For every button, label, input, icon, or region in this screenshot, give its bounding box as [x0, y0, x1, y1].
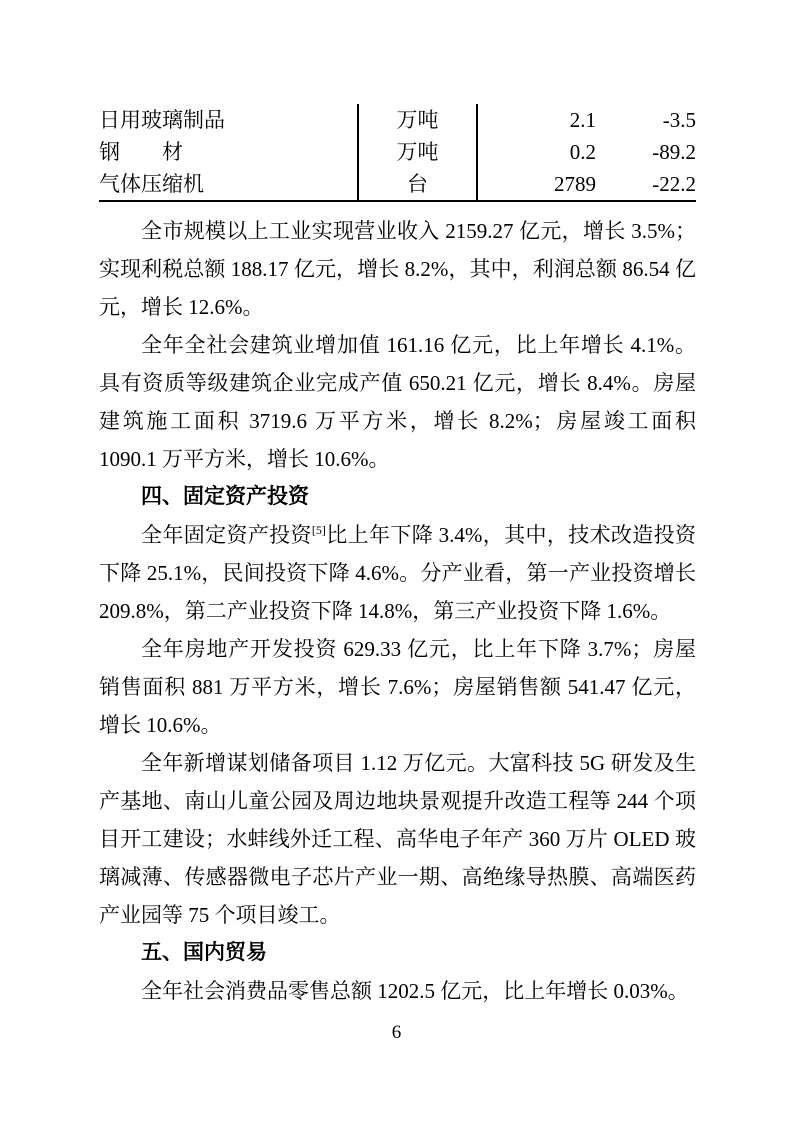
change-cell: -3.5 [596, 104, 696, 136]
value-cell: 2789 [477, 168, 596, 201]
indicator-cell: 气体压缩机 [99, 168, 358, 201]
paragraph-retail-sales: 全年社会消费品零售总额 1202.5 亿元，比上年增长 0.03%。 [99, 972, 696, 1010]
paragraph-construction: 全年全社会建筑业增加值 161.16 亿元，比上年增长 4.1%。具有资质等级建… [99, 326, 696, 478]
value-cell: 0.2 [477, 136, 596, 168]
indicator-cell: 钢 材 [99, 136, 358, 168]
page-number: 6 [0, 1022, 793, 1044]
section-heading-domestic-trade: 五、国内贸易 [99, 934, 696, 972]
paragraph-industry-revenue: 全市规模以上工业实现营业收入 2159.27 亿元，增长 3.5%；实现利税总额… [99, 212, 696, 326]
output-products-table: 日用玻璃制品 万吨 2.1 -3.5 钢 材 万吨 0.2 -89.2 气体压缩… [99, 104, 696, 202]
paragraph-real-estate: 全年房地产开发投资 629.33 亿元，比上年下降 3.7%；房屋销售面积 88… [99, 630, 696, 744]
document-page: 日用玻璃制品 万吨 2.1 -3.5 钢 材 万吨 0.2 -89.2 气体压缩… [0, 0, 793, 1122]
value-cell: 2.1 [477, 104, 596, 136]
unit-cell: 万吨 [358, 104, 477, 136]
unit-cell: 台 [358, 168, 477, 201]
footnote-marker: [5] [312, 523, 326, 537]
section-heading-fixed-investment: 四、固定资产投资 [99, 478, 696, 516]
indicator-cell: 日用玻璃制品 [99, 104, 358, 136]
change-cell: -22.2 [596, 168, 696, 201]
change-cell: -89.2 [596, 136, 696, 168]
unit-cell: 万吨 [358, 136, 477, 168]
paragraph-fixed-investment-overview: 全年固定资产投资[5]比上年下降 3.4%，其中，技术改造投资下降 25.1%，… [99, 516, 696, 630]
table-row: 气体压缩机 台 2789 -22.2 [99, 168, 696, 201]
table-row: 钢 材 万吨 0.2 -89.2 [99, 136, 696, 168]
fixed-investment-text-pre: 全年固定资产投资 [141, 523, 312, 547]
paragraph-reserve-projects: 全年新增谋划储备项目 1.12 万亿元。大富科技 5G 研发及生产基地、南山儿童… [99, 744, 696, 934]
table-row: 日用玻璃制品 万吨 2.1 -3.5 [99, 104, 696, 136]
